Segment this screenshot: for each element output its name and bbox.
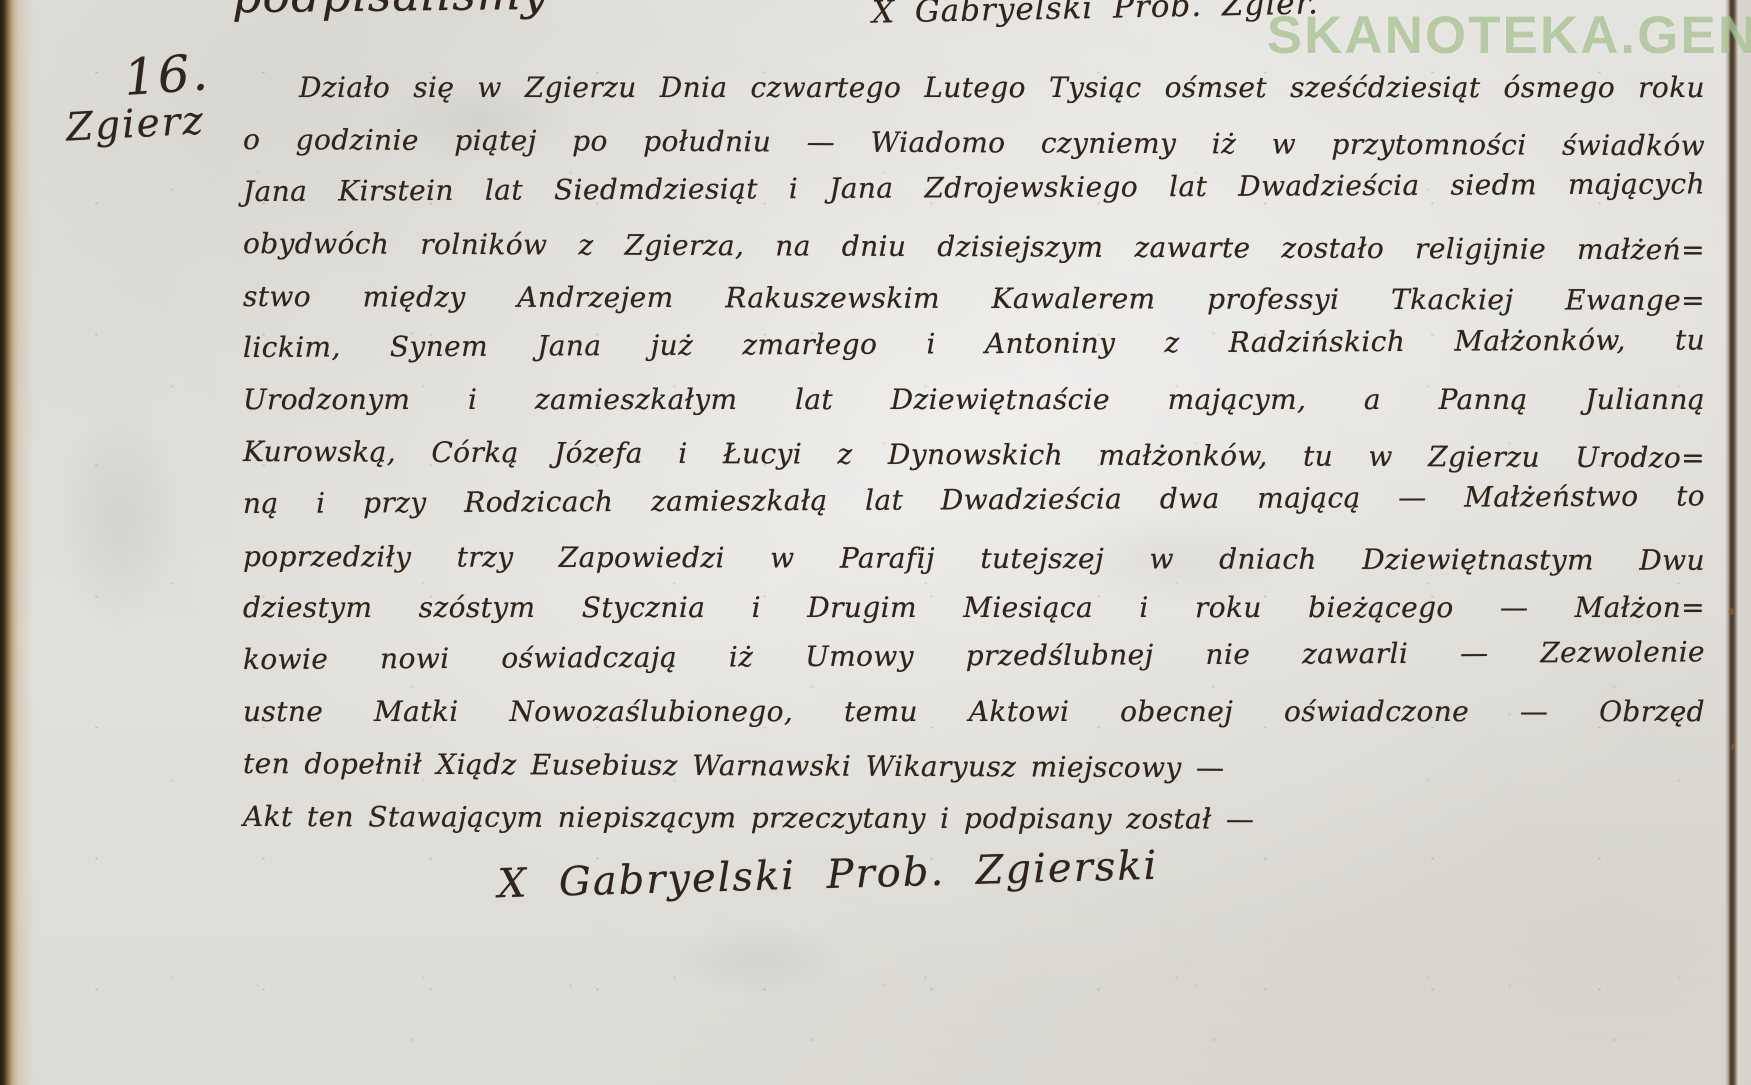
record-line: obydwóch rolników z Zgierza, na dniu dzi… [243,218,1705,276]
page-edge-seam [1725,0,1751,1085]
record-line: poprzedziły trzy Zapowiedzi w Parafij tu… [243,531,1705,587]
record-line: Jana Kirstein lat Siedmdziesiąt i Jana Z… [243,158,1705,218]
previous-record-signature: X Gabryelski Prob. Zgier. [872,0,1320,31]
record-body: Działo się w Zgierzu Dnia czwartego Lute… [243,62,1705,842]
record-line: lickim, Synem Jana już zmarłego i Antoni… [243,314,1705,374]
scanned-record-page: SKANOTEKA.GEN podpisaliśmy — X Gabryelsk… [0,0,1751,1085]
book-binding-edge [0,0,34,1085]
record-line: ną i przy Rodzicach zamieszkałą lat Dwad… [243,470,1705,530]
record-place-name: Zgierz [65,98,206,150]
record-line: ten dopełnił Xiądz Eusebiusz Warnawski W… [243,738,1705,796]
skanoteka-watermark: SKANOTEKA.GEN [1267,5,1751,66]
record-line: Urodzonym i zamieszkałym lat Dziewiętnaś… [243,374,1705,426]
paper-speck [1731,744,1735,750]
record-line: kowie nowi oświadczają iż Umowy przedślu… [243,626,1705,686]
record-line: Działo się w Zgierzu Dnia czwartego Lute… [243,62,1705,114]
record-line: ustne Matki Nowozaślubionego, temu Aktow… [243,686,1705,738]
priest-signature: X Gabryelski Prob. Zgierski [458,842,1199,909]
paper-speck [1729,608,1734,615]
record-number: 16. [122,43,211,107]
record-line: Akt ten Stawającym niepiszącym przeczyta… [243,791,1705,847]
record-line: dziestym szóstym Stycznia i Drugim Miesi… [243,582,1705,634]
